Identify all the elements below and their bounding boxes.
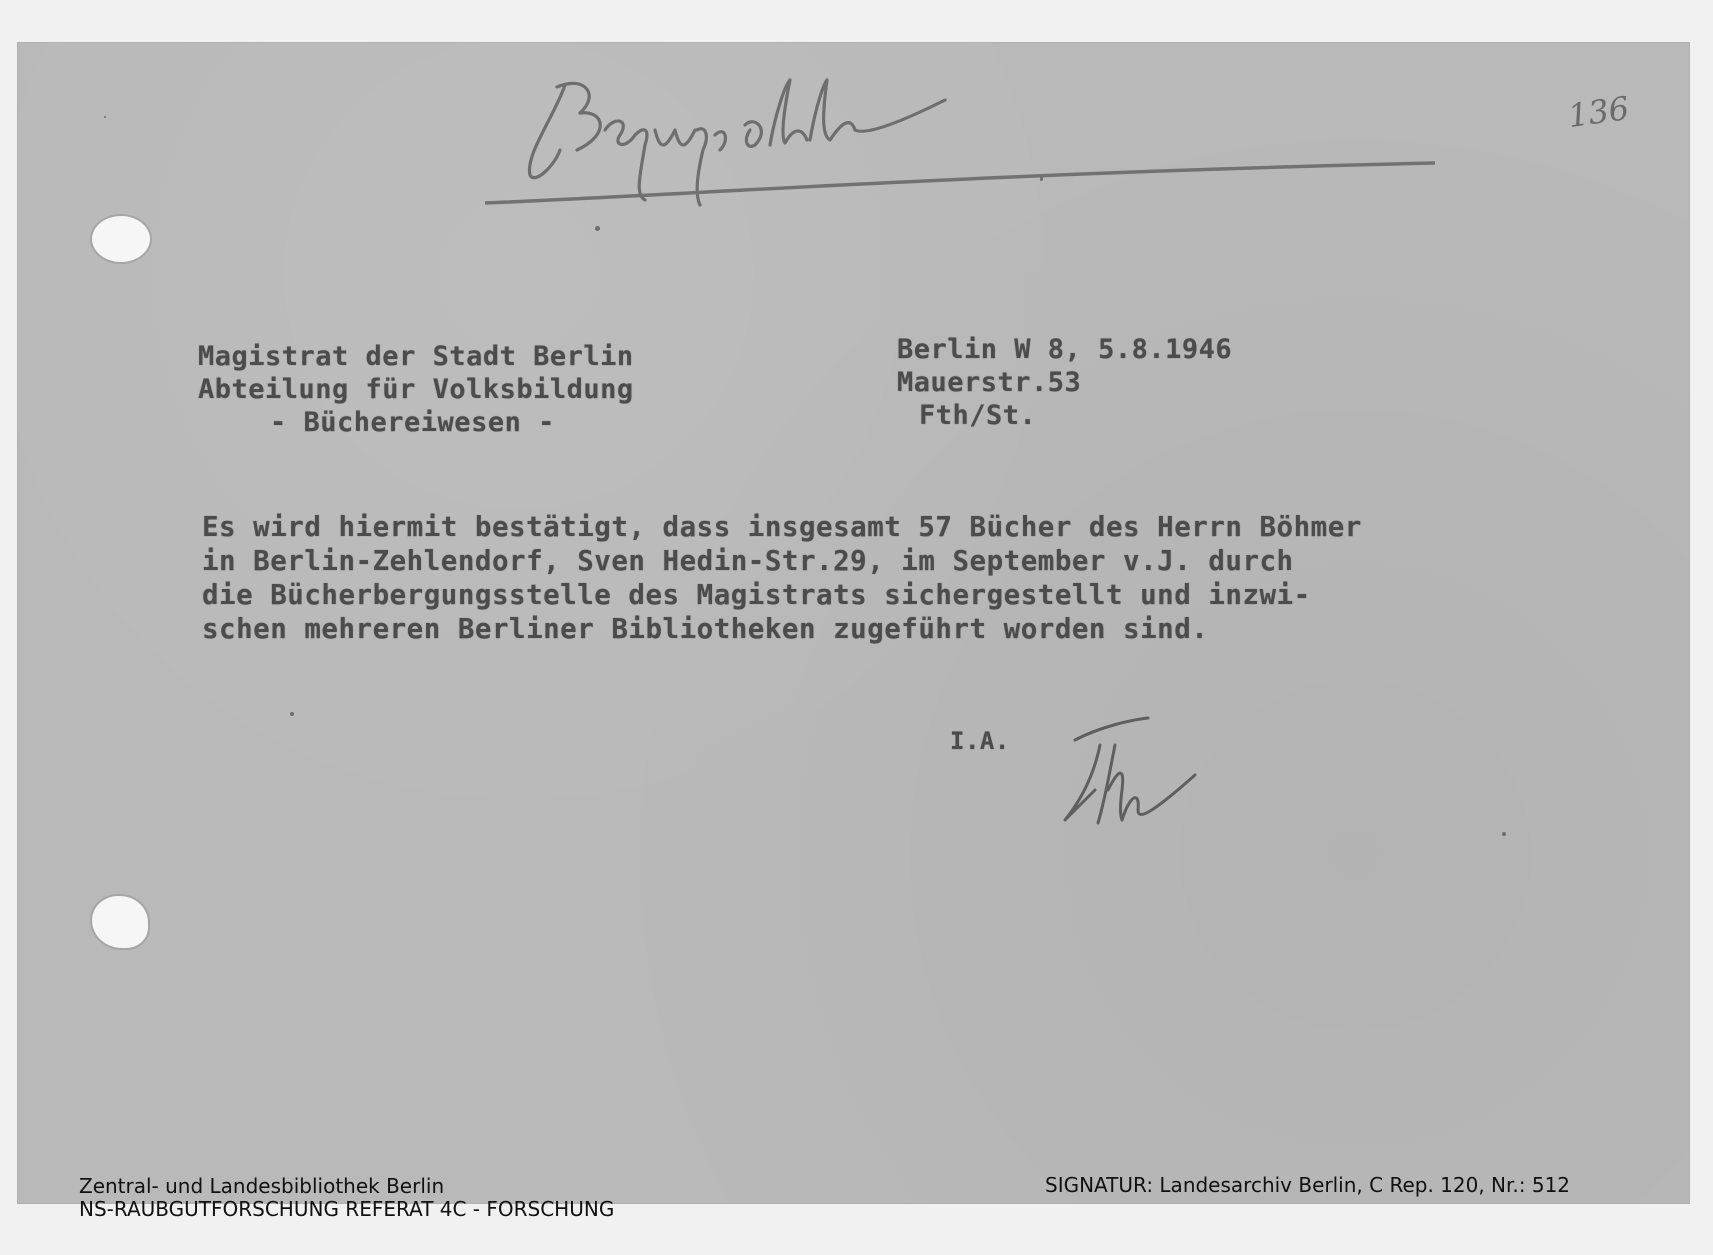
body-line: in Berlin-Zehlendorf, Sven Hedin-Str.29,… — [202, 545, 1294, 577]
closing-ia: I.A. — [950, 727, 1010, 755]
place-date-line: Berlin W 8, 5.8.1946 — [897, 334, 1232, 365]
body-line: schen mehreren Berliner Bibliotheken zug… — [202, 613, 1208, 645]
address-line: Mauerstr.53 — [897, 367, 1081, 398]
sender-line-2: Abteilung für Volksbildung — [198, 374, 634, 405]
footer-institution: Zentral- und Landesbibliothek Berlin — [79, 1175, 614, 1198]
punch-hole-bottom — [92, 896, 148, 948]
footer-left: Zentral- und Landesbibliothek BerlinNS-R… — [79, 1175, 614, 1221]
body-line: die Bücherbergungsstelle des Magistrats … — [202, 579, 1311, 611]
place-date-block: Berlin W 8, 5.8.1946 Mauerstr.53 Fth/St. — [897, 333, 1232, 432]
sender-line-3: - Büchereiwesen - — [198, 406, 634, 439]
signature — [1060, 715, 1210, 830]
handwritten-header — [485, 55, 1435, 215]
reference-code: Fth/St. — [897, 399, 1232, 432]
body-line: Es wird hiermit bestätigt, dass insgesam… — [202, 511, 1362, 543]
footer-signatur: SIGNATUR: Landesarchiv Berlin, C Rep. 12… — [1045, 1174, 1570, 1197]
punch-hole-top — [92, 216, 150, 262]
footer-department: NS-RAUBGUTFORSCHUNG REFERAT 4C - FORSCHU… — [79, 1198, 614, 1221]
sender-block: Magistrat der Stadt Berlin Abteilung für… — [198, 340, 634, 439]
sender-line-1: Magistrat der Stadt Berlin — [198, 341, 634, 372]
body-text: Es wird hiermit bestätigt, dass insgesam… — [202, 510, 1362, 646]
